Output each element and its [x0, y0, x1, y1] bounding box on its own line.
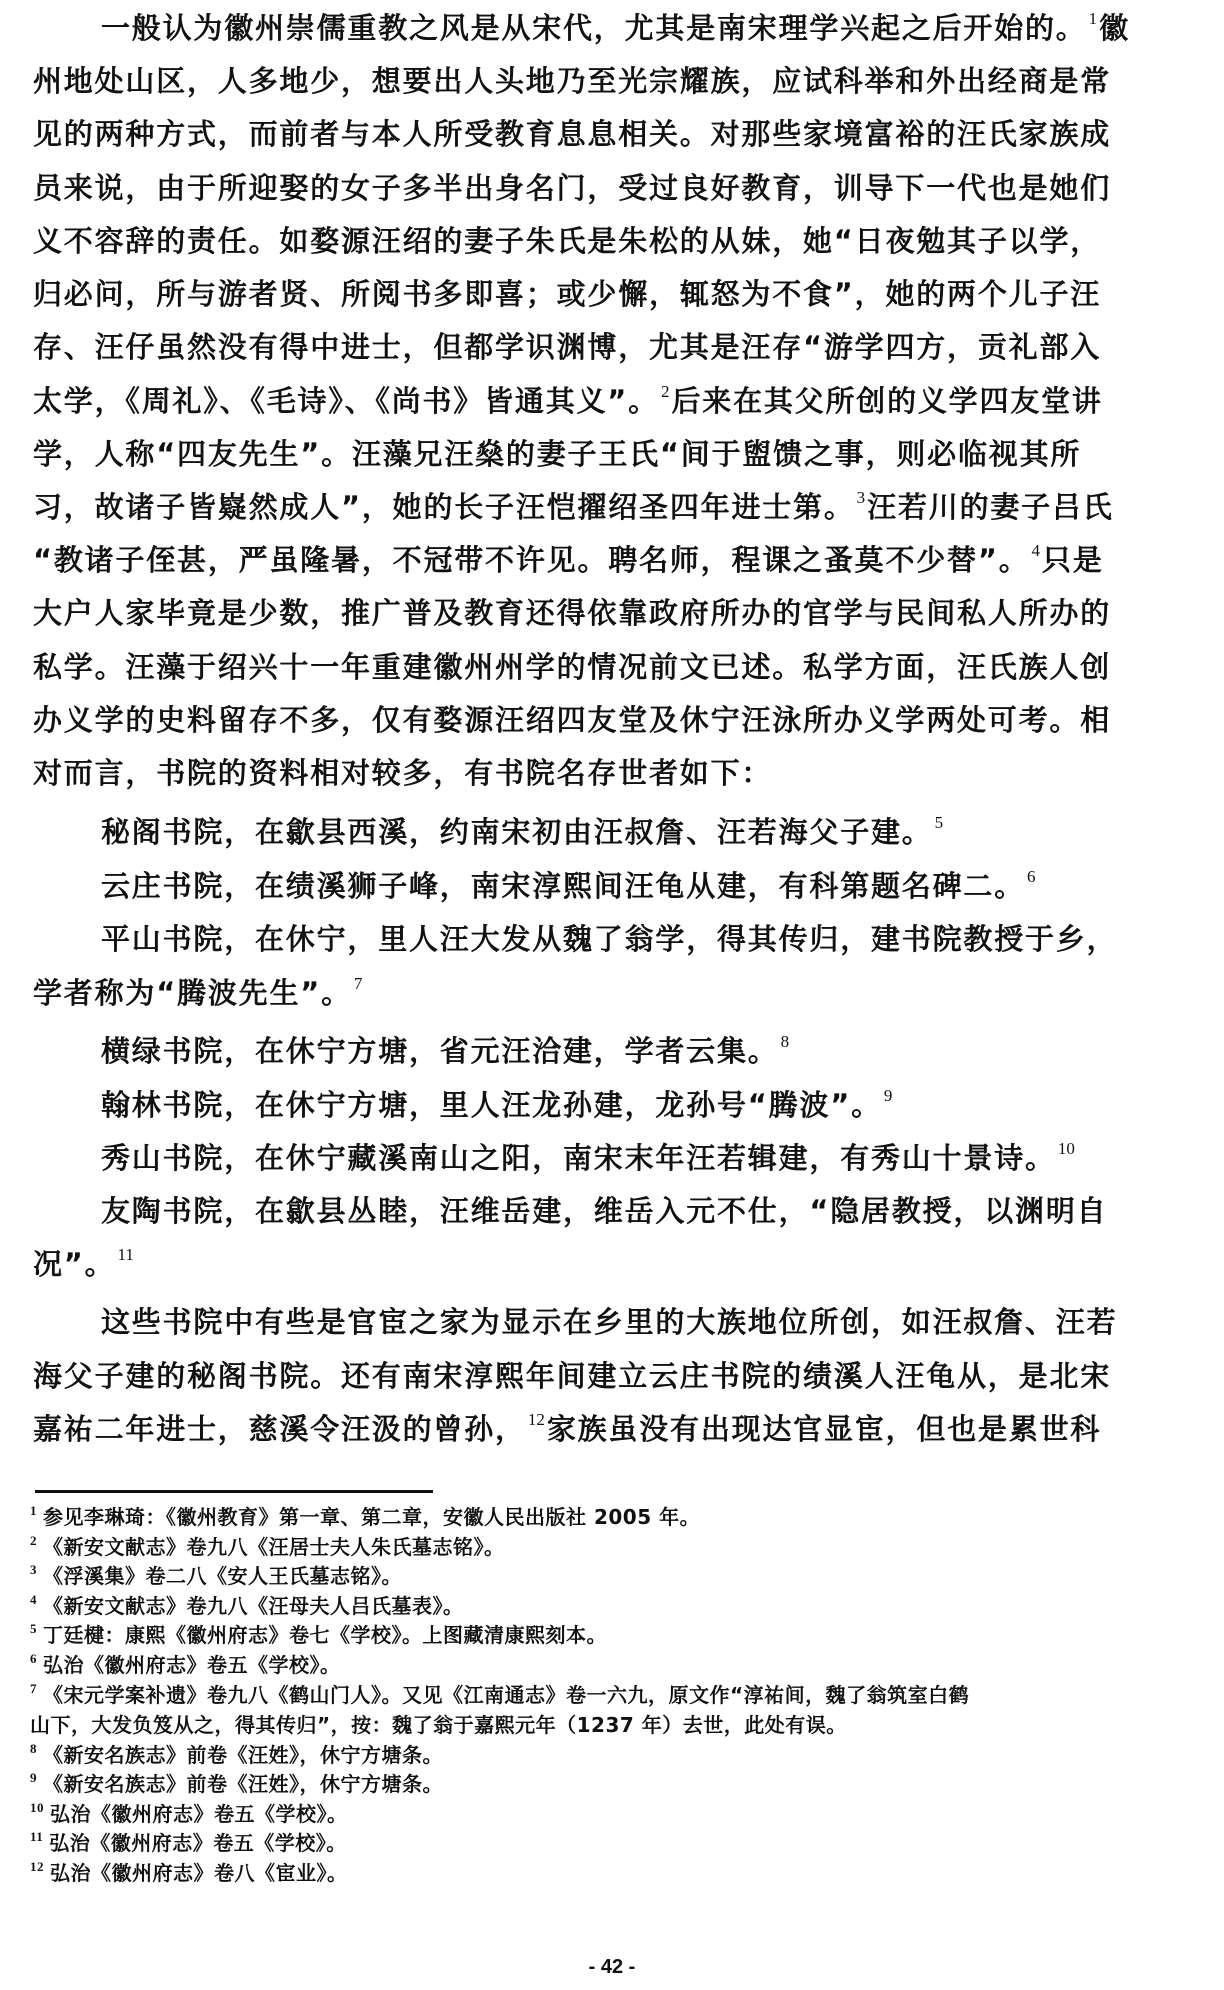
footnote-reference[interactable]: 5	[935, 813, 944, 832]
line-text: 横绿书院，在休宁方塘，省元汪洽建，学者云集。	[101, 1034, 779, 1068]
line-text-continued: 家族虽没有出现达官显宦，但也是累世科	[547, 1412, 1101, 1446]
footnote-reference[interactable]: 10	[1058, 1139, 1075, 1158]
footnote-item: 9《新安名族志》前卷《汪姓》，休宁方塘条。	[30, 1769, 443, 1799]
text-line: 秀山书院，在休宁藏溪南山之阳，南宋末年汪若辑建，有秀山十景诗。10	[101, 1132, 1077, 1185]
line-text: 海父子建的秘阁书院。还有南宋淳熙年间建立云庄书院的绩溪人汪龟从，是北宋	[33, 1359, 1111, 1393]
footnote-item: 1参见李琳琦：《徽州教育》第一章、第二章，安徽人民出版社 2005 年。	[30, 1502, 700, 1532]
line-text: 存、汪仔虽然没有得中进士，但都学识渊博，尤其是汪存“游学四方，贡礼部入	[33, 330, 1101, 364]
line-text: 太学，《周礼》、《毛诗》、《尚书》皆通其义”。	[33, 384, 659, 418]
footnote-number: 10	[30, 1800, 44, 1815]
footnote-text: 弘治《徽州府志》卷八《宦业》。	[50, 1861, 348, 1885]
footnote-number: 5	[30, 1621, 37, 1636]
text-line: 况”。11	[33, 1238, 136, 1291]
footnote-number: 4	[30, 1592, 37, 1607]
footnote-text: 《浮溪集》卷二八《安人王氏墓志铭》。	[43, 1564, 402, 1588]
line-text: 秀山书院，在休宁藏溪南山之阳，南宋末年汪若辑建，有秀山十景诗。	[101, 1141, 1056, 1175]
footnote-item: 4《新安文献志》卷九八《汪母夫人吕氏墓表》。	[30, 1591, 464, 1621]
footnote-text: 《新安文献志》卷九八《汪母夫人吕氏墓表》。	[43, 1594, 464, 1618]
text-line: 太学，《周礼》、《毛诗》、《尚书》皆通其义”。2后来在其父所创的义学四友堂讲	[33, 375, 1103, 428]
footnote-reference[interactable]: 11	[117, 1245, 133, 1264]
line-text-continued: 徽	[1099, 11, 1130, 45]
line-text: 云庄书院，在绩溪狮子峰，南宋淳熙间汪龟从建，有科第题名碑二。	[101, 869, 1025, 903]
footnote-reference[interactable]: 7	[354, 974, 363, 993]
line-text: 况”。	[33, 1247, 115, 1281]
footnote-reference[interactable]: 6	[1027, 867, 1036, 886]
line-text: 秘阁书院，在歙县西溪，约南宋初由汪叔詹、汪若海父子建。	[101, 815, 933, 849]
footnote-item: 7《宋元学案补遗》卷九八《鹤山门人》。又见《江南通志》卷一六九，原文作“淳祐间，…	[30, 1680, 969, 1710]
text-line: 大户人家毕竟是少数，推广普及教育还得依靠政府所办的官学与民间私人所办的	[33, 587, 1111, 640]
line-text-continued: 后来在其父所创的义学四友堂讲	[671, 384, 1102, 418]
line-text: 私学。汪藻于绍兴十一年重建徽州州学的情况前文已述。私学方面，汪氏族人创	[33, 650, 1111, 684]
footnote-number: 1	[30, 1503, 37, 1518]
footnote-reference[interactable]: 4	[1032, 541, 1041, 560]
footnote-text: 《新安文献志》卷九八《汪居士夫人朱氏墓志铭》。	[43, 1535, 505, 1559]
footnote-item: 10弘治《徽州府志》卷五《学校》。	[30, 1799, 348, 1829]
text-line: 海父子建的秘阁书院。还有南宋淳熙年间建立云庄书院的绩溪人汪龟从，是北宋	[33, 1350, 1111, 1403]
line-text: 学者称为“腾波先生”。	[33, 976, 352, 1010]
line-text: 见的两种方式，而前者与本人所受教育息息相关。对那些家境富裕的汪氏家族成	[33, 117, 1111, 151]
line-text-continued: 汪若川的妻子吕氏	[867, 490, 1113, 524]
text-line: 一般认为徽州崇儒重教之风是从宋代，尤其是南宋理学兴起之后开始的。1徽	[101, 2, 1130, 55]
footnote-separator	[35, 1490, 433, 1493]
page-number: - 42 -	[0, 1956, 1224, 1979]
footnote-number: 7	[30, 1681, 37, 1696]
footnote-number: 9	[30, 1770, 37, 1785]
text-line: 办义学的史料留存不多，仅有婺源汪绍四友堂及休宁汪泳所办义学两处可考。相	[33, 694, 1111, 747]
footnote-text: 弘治《徽州府志》卷五《学校》。	[49, 1831, 347, 1855]
text-line: 存、汪仔虽然没有得中进士，但都学识渊博，尤其是汪存“游学四方，贡礼部入	[33, 321, 1101, 374]
line-text: 大户人家毕竟是少数，推广普及教育还得依靠政府所办的官学与民间私人所办的	[33, 596, 1111, 630]
text-line: “教诸子侄甚，严虽隆暑，不冠带不许见。聘名师，程课之蚤莫不少替”。4只是	[33, 534, 1104, 587]
footnote-number: 2	[30, 1533, 37, 1548]
text-line: 员来说，由于所迎娶的女子多半出身名门，受过良好教育，训导下一代也是她们	[33, 162, 1111, 215]
footnote-reference[interactable]: 3	[857, 488, 866, 507]
footnote-reference[interactable]: 2	[661, 382, 670, 401]
text-line: 习，故诸子皆嶷然成人”，她的长子汪恺擢绍圣四年进士第。3汪若川的妻子吕氏	[33, 481, 1114, 534]
text-line: 学，人称“四友先生”。汪藻兄汪燊的妻子王氏“间于盥馈之事，则必临视其所	[33, 428, 1081, 481]
text-line: 嘉祐二年进士，慈溪令汪汲的曾孙，12家族虽没有出现达官显宦，但也是累世科	[33, 1403, 1101, 1456]
line-text: “教诸子侄甚，严虽隆暑，不冠带不许见。聘名师，程课之蚤莫不少替”。	[33, 543, 1030, 577]
footnote-item: 3《浮溪集》卷二八《安人王氏墓志铭》。	[30, 1561, 402, 1591]
footnote-text: 《宋元学案补遗》卷九八《鹤山门人》。又见《江南通志》卷一六九，原文作“淳祐间，魏…	[43, 1683, 969, 1707]
footnote-item: 11弘治《徽州府志》卷五《学校》。	[30, 1828, 347, 1858]
text-line: 秘阁书院，在歙县西溪，约南宋初由汪叔詹、汪若海父子建。5	[101, 806, 945, 859]
text-line: 见的两种方式，而前者与本人所受教育息息相关。对那些家境富裕的汪氏家族成	[33, 108, 1111, 161]
footnote-text: 山下，大发负笈从之，得其传归”，按：魏了翁于嘉熙元年（1237 年）去世，此处有…	[30, 1713, 847, 1737]
text-line: 友陶书院，在歙县丛睦，汪维岳建，维岳入元不仕，“隐居教授，以渊明自	[101, 1185, 1107, 1238]
line-text: 平山书院，在休宁，里人汪大发从魏了翁学，得其传归，建书院教授于乡，	[101, 922, 1117, 956]
line-text: 学，人称“四友先生”。汪藻兄汪燊的妻子王氏“间于盥馈之事，则必临视其所	[33, 437, 1081, 471]
line-text: 一般认为徽州崇儒重教之风是从宋代，尤其是南宋理学兴起之后开始的。	[101, 11, 1087, 45]
line-text: 翰林书院，在休宁方塘，里人汪龙孙建，龙孙号“腾波”。	[101, 1088, 882, 1122]
footnote-item: 2《新安文献志》卷九八《汪居士夫人朱氏墓志铭》。	[30, 1532, 505, 1562]
footnote-item: 5丁廷楗：康熙《徽州府志》卷七《学校》。上图藏清康熙刻本。	[30, 1620, 607, 1650]
footnote-number: 12	[30, 1859, 44, 1874]
footnote-text: 丁廷楗：康熙《徽州府志》卷七《学校》。上图藏清康熙刻本。	[43, 1623, 607, 1647]
footnote-item: 山下，大发负笈从之，得其传归”，按：魏了翁于嘉熙元年（1237 年）去世，此处有…	[30, 1710, 847, 1740]
footnote-item: 12弘治《徽州府志》卷八《宦业》。	[30, 1858, 348, 1888]
line-text: 义不容辞的责任。如婺源汪绍的妻子朱氏是朱松的从妹，她“日夜勉其子以学，	[33, 224, 1101, 258]
document-page: 一般认为徽州崇儒重教之风是从宋代，尤其是南宋理学兴起之后开始的。1徽州地处山区，…	[0, 0, 1224, 1990]
line-text: 这些书院中有些是官宦之家为显示在乡里的大族地位所创，如汪叔詹、汪若	[101, 1305, 1117, 1339]
footnote-number: 11	[30, 1829, 43, 1844]
footnote-reference[interactable]: 9	[884, 1086, 893, 1105]
text-line: 翰林书院，在休宁方塘，里人汪龙孙建，龙孙号“腾波”。9	[101, 1079, 894, 1132]
footnote-text: 参见李琳琦：《徽州教育》第一章、第二章，安徽人民出版社 2005 年。	[43, 1505, 700, 1529]
text-line: 对而言，书院的资料相对较多，有书院名存世者如下：	[33, 747, 772, 800]
line-text: 友陶书院，在歙县丛睦，汪维岳建，维岳入元不仕，“隐居教授，以渊明自	[101, 1194, 1107, 1228]
footnote-text: 弘治《徽州府志》卷五《学校》。	[43, 1653, 341, 1677]
text-line: 这些书院中有些是官宦之家为显示在乡里的大族地位所创，如汪叔詹、汪若	[101, 1296, 1117, 1349]
footnote-text: 弘治《徽州府志》卷五《学校》。	[50, 1802, 348, 1826]
text-line: 州地处山区，人多地少，想要出人头地乃至光宗耀族，应试科举和外出经商是常	[33, 55, 1111, 108]
line-text: 习，故诸子皆嶷然成人”，她的长子汪恺擢绍圣四年进士第。	[33, 490, 855, 524]
footnote-text: 《新安名族志》前卷《汪姓》，休宁方塘条。	[43, 1743, 443, 1767]
line-text: 员来说，由于所迎娶的女子多半出身名门，受过良好教育，训导下一代也是她们	[33, 171, 1111, 205]
footnote-number: 6	[30, 1651, 37, 1666]
line-text: 归必问，所与游者贤、所阅书多即喜；或少懈，辄怒为不食”，她的两个儿子汪	[33, 277, 1101, 311]
footnote-reference[interactable]: 12	[528, 1410, 545, 1429]
text-line: 归必问，所与游者贤、所阅书多即喜；或少懈，辄怒为不食”，她的两个儿子汪	[33, 268, 1101, 321]
text-line: 义不容辞的责任。如婺源汪绍的妻子朱氏是朱松的从妹，她“日夜勉其子以学，	[33, 215, 1101, 268]
footnote-number: 8	[30, 1741, 37, 1756]
text-line: 平山书院，在休宁，里人汪大发从魏了翁学，得其传归，建书院教授于乡，	[101, 913, 1117, 966]
text-line: 学者称为“腾波先生”。7	[33, 967, 364, 1020]
line-text: 对而言，书院的资料相对较多，有书院名存世者如下：	[33, 756, 772, 790]
footnote-item: 8《新安名族志》前卷《汪姓》，休宁方塘条。	[30, 1740, 443, 1770]
footnote-reference[interactable]: 8	[781, 1032, 790, 1051]
footnote-number: 3	[30, 1562, 37, 1577]
text-line: 私学。汪藻于绍兴十一年重建徽州州学的情况前文已述。私学方面，汪氏族人创	[33, 641, 1111, 694]
line-text: 嘉祐二年进士，慈溪令汪汲的曾孙，	[33, 1412, 526, 1446]
line-text: 办义学的史料留存不多，仅有婺源汪绍四友堂及休宁汪泳所办义学两处可考。相	[33, 703, 1111, 737]
line-text-continued: 只是	[1042, 543, 1104, 577]
footnote-text: 《新安名族志》前卷《汪姓》，休宁方塘条。	[43, 1772, 443, 1796]
footnote-reference[interactable]: 1	[1089, 9, 1098, 28]
text-line: 云庄书院，在绩溪狮子峰，南宋淳熙间汪龟从建，有科第题名碑二。6	[101, 860, 1038, 913]
line-text: 州地处山区，人多地少，想要出人头地乃至光宗耀族，应试科举和外出经商是常	[33, 64, 1111, 98]
text-line: 横绿书院，在休宁方塘，省元汪洽建，学者云集。8	[101, 1025, 791, 1078]
footnote-item: 6弘治《徽州府志》卷五《学校》。	[30, 1650, 341, 1680]
